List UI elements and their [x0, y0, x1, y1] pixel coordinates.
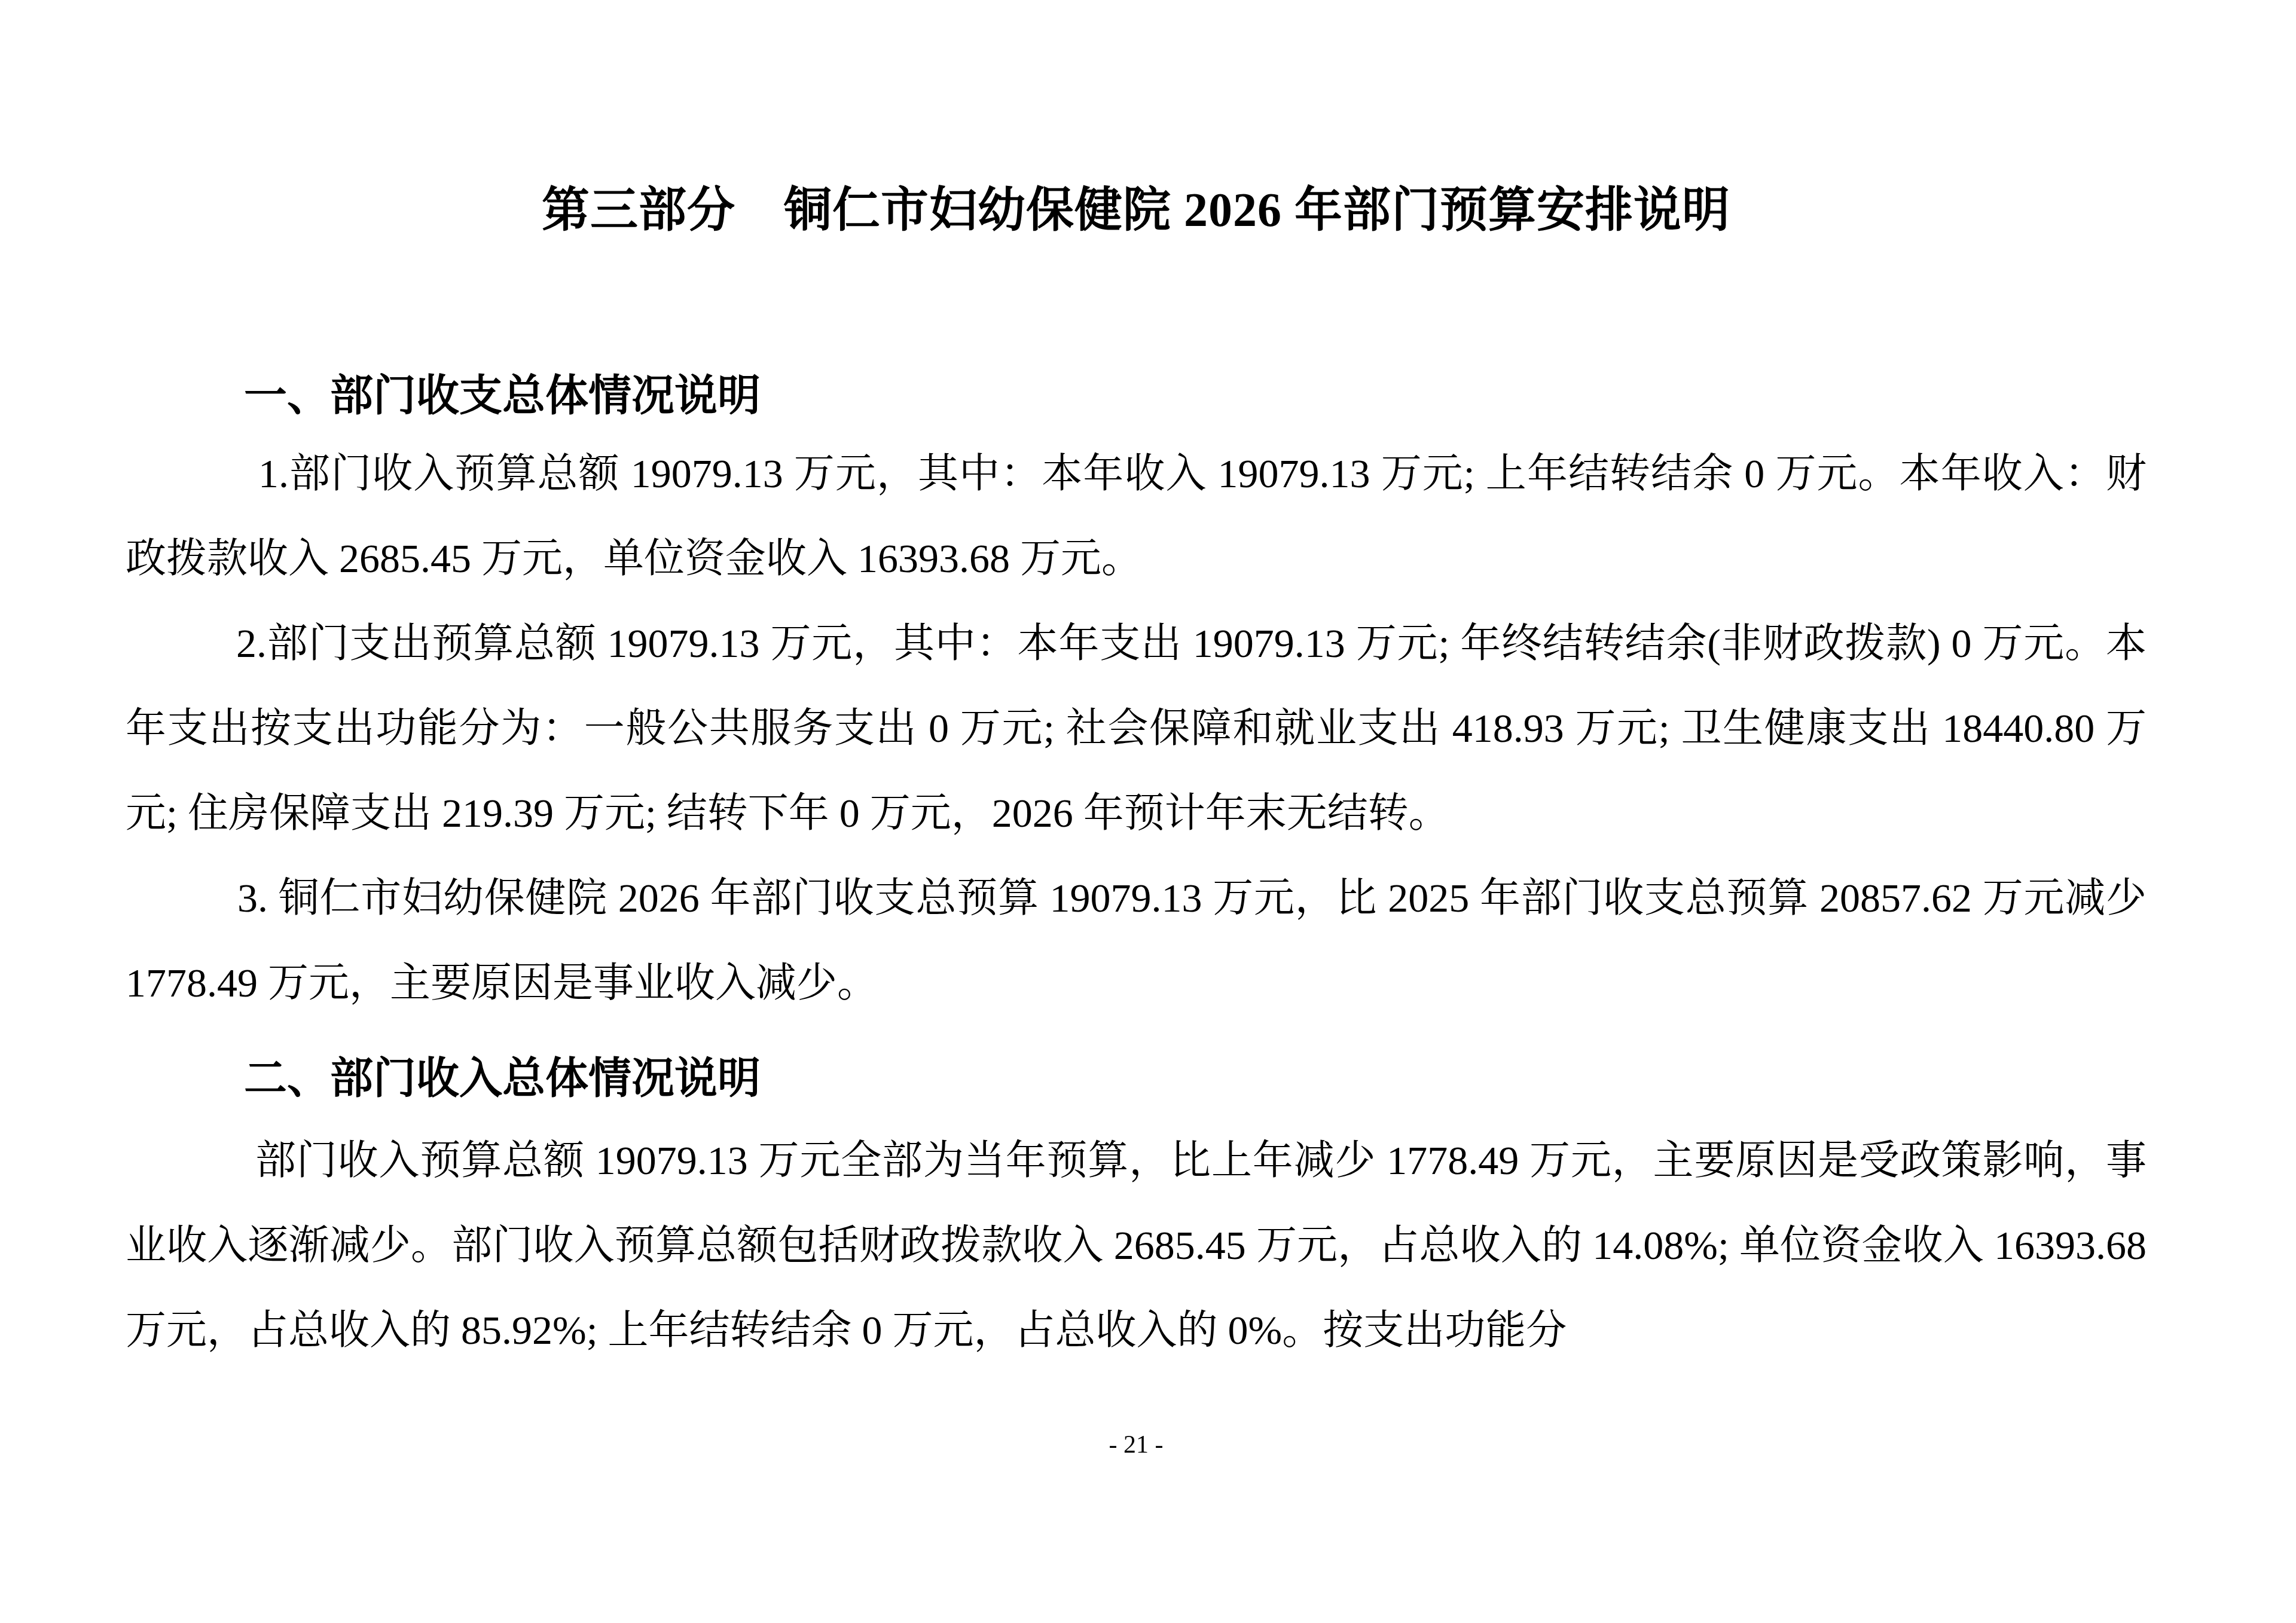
page-number: - 21 - — [126, 1432, 2147, 1457]
document-page: 第三部分 铜仁市妇幼保健院 2026 年部门预算安排说明 一、部门收支总体情况说… — [0, 0, 2296, 1623]
page-title: 第三部分 铜仁市妇幼保健院 2026 年部门预算安排说明 — [126, 187, 2147, 234]
section-income-overview: 二、部门收入总体情况说明 部门收入预算总额 19079.13 万元全部为当年预算… — [126, 1057, 2147, 1373]
paragraph-income-detail: 部门收入预算总额 19079.13 万元全部为当年预算，比上年减少 1778.4… — [126, 1118, 2147, 1373]
paragraph-expenditure-total: 2.部门支出预算总额 19079.13 万元，其中：本年支出 19079.13 … — [126, 601, 2147, 855]
section-heading-budget-overview: 一、部门收支总体情况说明 — [126, 374, 2147, 417]
section-heading-income-overview: 二、部门收入总体情况说明 — [126, 1057, 2147, 1100]
section-budget-overview: 一、部门收支总体情况说明 1.部门收入预算总额 19079.13 万元，其中：本… — [126, 374, 2147, 1025]
paragraph-income-total: 1.部门收入预算总额 19079.13 万元，其中：本年收入 19079.13 … — [126, 431, 2147, 601]
paragraph-year-comparison: 3. 铜仁市妇幼保健院 2026 年部门收支总预算 19079.13 万元，比 … — [126, 855, 2147, 1025]
